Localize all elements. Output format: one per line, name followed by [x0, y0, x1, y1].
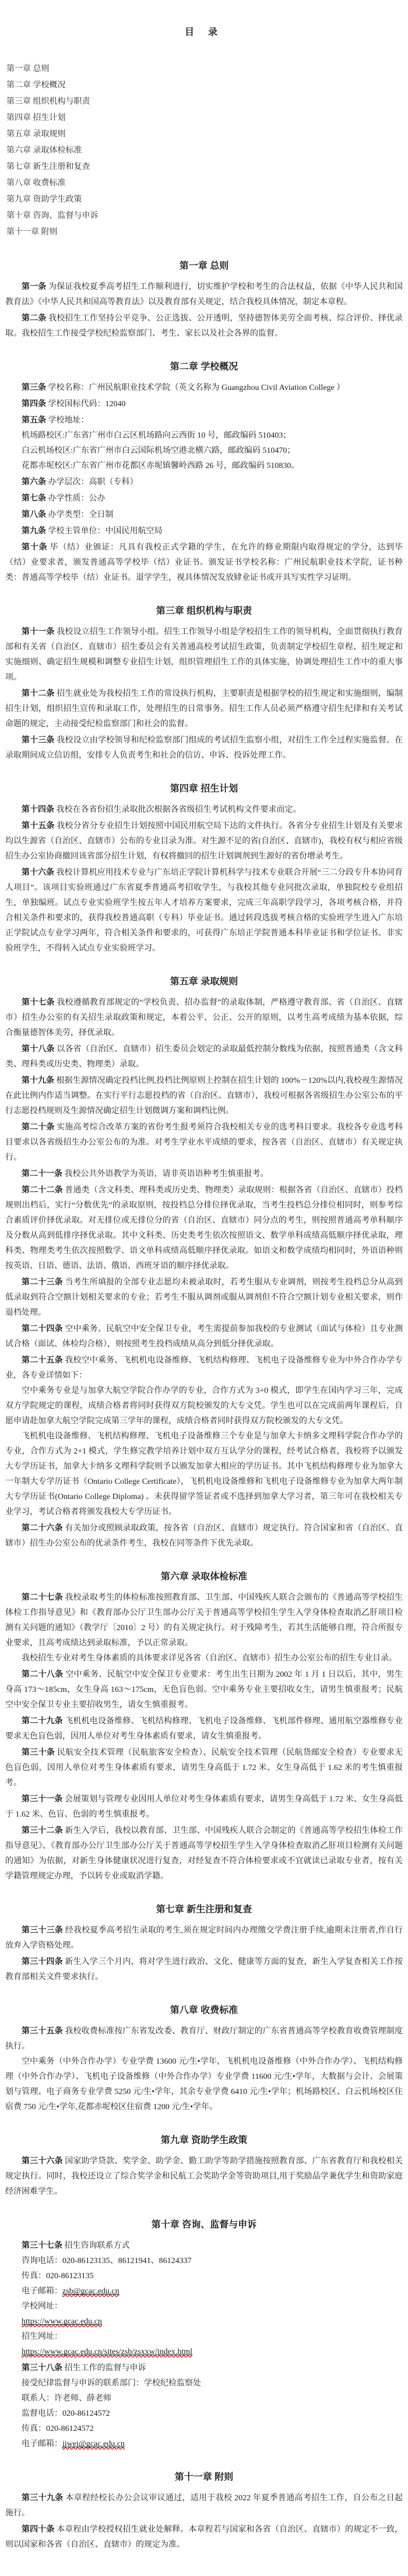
paragraph-text: 毕（结）业颁证：凡具有我校正式学籍的学生，在允许的修业期限内取得规定的学分，达到…	[5, 543, 403, 582]
paragraph-text: 空中乘务专业是与加拿大航空学院合作办学的专业，合作方式为 3+0 模式，即学生在…	[5, 1386, 403, 1426]
paragraph-text: 电子邮箱：	[22, 2287, 62, 2296]
article-number: 第二十二条	[22, 1185, 63, 1194]
paragraph: 第三十三条 经我校夏季高考招生录取的考生,须在规定时间内办理缴交学费注册手续,逾…	[5, 1922, 403, 1954]
document-page: 目 录 第一章 总则第二章 学校概况第三章 组织机构与职责第四章 招生计划第五章…	[0, 0, 408, 2576]
article-number: 第四条	[22, 399, 46, 408]
article-number: 第十一条	[22, 627, 55, 636]
chapter-heading: 第五章 录取规则	[5, 974, 403, 987]
article-number: 第二十七条	[22, 1592, 63, 1602]
paragraph-text: 新生入学后，我校以教育部、卫生部、中国残疾人联合会制定的《普通高等学校招生体检工…	[5, 1827, 403, 1881]
paragraph-text: 招生就业处为我校招生工作的常设执行机构，主要职责是根据学校的招生规定和实施细则，…	[5, 689, 403, 729]
article-number: 第三十八条	[22, 2363, 62, 2372]
toc-item: 第八章 收费标准	[5, 175, 403, 192]
article-number: 第一条	[22, 281, 46, 291]
paragraph: 第十七条 我校遵循教育部规定的“学校负责、招办监督”的录取体制，严格遵守教育部、…	[5, 994, 403, 1041]
paragraph: https://www.gcac.edu.cn/sites/zsb/zsxxw/…	[5, 2345, 403, 2360]
article-number: 第二十一条	[22, 1169, 62, 1178]
paragraph: 第二十二条 普通类（含文科类、理科类或历史类、物理类）录取规则：根据各省（自治区…	[5, 1182, 403, 1274]
hyperlink[interactable]: zsb@gcac.edu.cn	[62, 2287, 119, 2296]
paragraph: 监督电话：020-86124572	[5, 2406, 403, 2422]
paragraph-text: 我校录取考生的体检标准按照教育部、卫生部、中国残疾人联合会颁布的《普通高等学校招…	[5, 1593, 403, 1648]
article-number: 第二十六条	[22, 1523, 63, 1532]
toc-title: 目 录	[5, 24, 403, 38]
chapter-heading: 第八章 收费标准	[5, 2003, 403, 2016]
paragraph: 第三十一条 会展策划与管理专业因用人单位对考生身体素质有要求，请男生身高低于 1…	[5, 1791, 403, 1822]
paragraph: 第七条 办学性质：公办	[5, 490, 403, 506]
paragraph: 第一条 为保证我校夏季高考招生工作顺利进行，切实维护学校和考生的合法权益，依据《…	[5, 279, 403, 310]
toc-item: 第二章 学校概况	[5, 78, 403, 94]
paragraph: 第三十九条 本章程经校长办公会议审议通过，适用于我校 2022 年夏季普通高考招…	[5, 2490, 403, 2521]
paragraph-text: 学校名称：广州民航职业技术学院（英文名称为 Guangzhou Civil Av…	[48, 383, 345, 392]
paragraph-text: 空中乘务、民航空中安全保卫专业要求：考生出生日期为 2002 年 1 月 1 日…	[5, 1670, 403, 1709]
paragraph-text: 咨询电话：020-86123135、86121941、86124337	[22, 2257, 192, 2265]
paragraph: 电子邮箱：zsb@gcac.edu.cn	[5, 2284, 403, 2299]
paragraph: 机场路校区:广东省广州市白云区机场路向云西街 10 号，邮政编码 510403；	[5, 428, 403, 444]
paragraph: 第二十六条 有关加分或照顾录取政策，按各省（自治区、直辖市）规定执行。符合国家和…	[5, 1520, 403, 1551]
chapter-heading: 第二章 学校概况	[5, 359, 403, 372]
hyperlink-text[interactable]: zsb@gcac.edu.cn	[62, 2287, 119, 2296]
paragraph-text: 会展策划与管理专业因用人单位对考生身体素质有要求，请男生身高低于 1.72 米、…	[5, 1795, 403, 1819]
hyperlink[interactable]: https://www.gcac.edu.cn	[22, 2317, 102, 2326]
paragraph-text: 空中乘务、民航空中安全保卫专业，考生需提前参加我校的专业测试（面试与体检）且专业…	[5, 1325, 403, 1349]
paragraph-text: 国家助学贷款、奖学金、助学金、勤工助学等助学措施按照教育部、广东省教育厅和我校相…	[5, 2157, 403, 2196]
paragraph-text: 电子邮箱：	[22, 2440, 62, 2448]
article-number: 第二十九条	[22, 1716, 63, 1725]
paragraph: 第十六条 我校计算机应用技术专业与广东培正学院计算机科学与技术专业联合开展“三二…	[5, 864, 403, 956]
paragraph: 第九条 学校主管单位：中国民用航空局	[5, 523, 403, 539]
article-number: 第六条	[22, 477, 46, 486]
paragraph-text: 办学性质：公办	[48, 494, 105, 503]
hyperlink-text[interactable]: https://www.gcac.edu.cn/sites/zsb/zsxxw/…	[22, 2348, 192, 2356]
paragraph-text: 我校在各省份招生录取批次根据各省级招生考试机构文件要求而定。	[57, 805, 301, 814]
article-number: 第二十三条	[22, 1277, 63, 1286]
paragraph-text: 为保证我校夏季高考招生工作顺利进行，切实维护学校和考生的合法权益，依据《中华人民…	[5, 283, 403, 307]
paragraph-text: 本章程经校长办公会议审议通过，适用于我校 2022 年夏季普通高考招生工作，自公…	[5, 2494, 403, 2518]
paragraph: 电子邮箱：jiwei@gcac.edu.cn	[5, 2437, 403, 2452]
paragraph-text: 空中乘务（中外合作办学）专业学费 13600 元/生•学年，飞机机电设备维修（中…	[5, 2057, 403, 2112]
paragraph-text: 飞机机电设备维修、飞机结构修理、飞机电子设备维修三个专业是与加拿大卡纳多文理科学…	[5, 1432, 403, 1516]
paragraph: 第二十一条 我校公共外语教学为英语，请非英语语种考生慎重报考。	[5, 1166, 403, 1182]
article-number: 第七条	[22, 493, 46, 502]
paragraph: 咨询电话：020-86123135、86121941、86124337	[5, 2254, 403, 2269]
paragraph-text: 普通类（含文科类、理科类或历史类、物理类）录取规则：根据各省（自治区、直辖市）投…	[5, 1186, 403, 1271]
paragraph: 第二十五条 我校空中乘务、飞机机电设备维修、飞机结构修理、飞机电子设备维修专业为…	[5, 1352, 403, 1384]
paragraph-text: 我校计算机应用技术专业与广东培正学院计算机科学与技术专业联合开展“三二分段专升本…	[5, 868, 403, 953]
paragraph-text: 我校招生专业对考生身体素质的具体要求详见各省（自治区、直辖市）招生办公室公布的招…	[22, 1654, 397, 1663]
article-number: 第三十五条	[22, 2026, 63, 2035]
hyperlink[interactable]: jiwei@gcac.edu.cn	[62, 2440, 125, 2448]
paragraph: 第二十八条 空中乘务、民航空中安全保卫专业要求：考生出生日期为 2002 年 1…	[5, 1666, 403, 1713]
paragraph: 第四条 学校国标代码：12040	[5, 396, 403, 412]
article-number: 第二十八条	[22, 1669, 63, 1678]
paragraph: 第四十条 本章程由学校授权招生就业处解释。本章程若与国家和各省（自治区、直辖市）…	[5, 2521, 403, 2553]
paragraph-text: 白云机场校区:广东省广州市白云国际机场空港北横六路，邮政编码 510470；	[22, 446, 295, 455]
chapter-heading: 第四章 招生计划	[5, 781, 403, 794]
paragraph: 空中乘务专业是与加拿大航空学院合作办学的专业，合作方式为 3+0 模式，即学生在…	[5, 1384, 403, 1429]
article-number: 第三十一条	[22, 1794, 62, 1803]
paragraph-text: 接受纪律监督与申诉的联系部门：学校纪检监察处	[22, 2379, 201, 2388]
toc-item: 第十一章 附则	[5, 224, 403, 241]
paragraph-text: 有关加分或照顾录取政策，按各省（自治区、直辖市）规定执行。符合国家和省（自治区、…	[5, 1524, 403, 1548]
chapter-heading: 第六章 录取体检标准	[5, 1569, 403, 1582]
paragraph-text: 民航安全技术管理（民航旅客安全检查）、民航安全技术管理（民航货邮安全检查）专业要…	[5, 1748, 403, 1787]
paragraph: 传真：020-86124572	[5, 2422, 403, 2437]
paragraph: 第六条 办学层次：高职（专科）	[5, 474, 403, 490]
article-number: 第四十条	[22, 2524, 55, 2533]
hyperlink[interactable]: https://www.gcac.edu.cn/sites/zsb/zsxxw/…	[22, 2348, 192, 2356]
paragraph-text: 招生网址：	[22, 2332, 62, 2341]
paragraph: 招生网址：	[5, 2329, 403, 2345]
paragraph-text: 当考生所填报的全部专业志愿均未被录取时，若考生服从专业调剂，则按考生投档总分从高…	[5, 1278, 403, 1317]
table-of-contents: 第一章 总则第二章 学校概况第三章 组织机构与职责第四章 招生计划第五章 录取规…	[5, 61, 403, 241]
article-number: 第十条	[22, 542, 47, 551]
paragraph-text: 学校地址：	[48, 416, 89, 425]
article-number: 第十六条	[22, 867, 54, 877]
paragraph: 第二十四条 空中乘务、民航空中安全保卫专业，考生需提前参加我校的专业测试（面试与…	[5, 1321, 403, 1352]
paragraph-text: 我校公共外语教学为英语，请非英语语种考生慎重报考。	[65, 1170, 269, 1178]
paragraph-text: 学校网址：	[22, 2302, 62, 2311]
article-number: 第三十条	[22, 1747, 55, 1757]
paragraph-text: 飞机机电设备维修、飞机结构修理、飞机电子设备维修、飞机部件修理、通用航空器维修专…	[5, 1717, 403, 1741]
chapter-heading: 第十章 咨询、监督与申诉	[5, 2217, 403, 2230]
article-number: 第三条	[22, 382, 46, 392]
paragraph: 第三十七条 招生咨询联系方式	[5, 2237, 403, 2254]
paragraph-text: 花都赤坭校区:广东省广州市花都区赤坭镇馨岭西路 26 号，邮政编码 510830…	[22, 462, 299, 470]
article-number: 第二十四条	[22, 1324, 63, 1333]
paragraph-text: 办学类型：全日制	[48, 511, 114, 519]
paragraph: 第十条 毕（结）业颁证：凡具有我校正式学籍的学生，在允许的修业期限内取得规定的学…	[5, 539, 403, 586]
paragraph: 第十八条 以各省（自治区、直辖市）招生委员会划定的录取最低控制分数线为依据，按照…	[5, 1041, 403, 1072]
hyperlink-text[interactable]: https://www.gcac.edu.cn	[22, 2317, 102, 2326]
paragraph: 第三十六条 国家助学贷款、奖学金、助学金、勤工助学等助学措施按照教育部、广东省教…	[5, 2153, 403, 2200]
paragraph: 第十一条 我校设立招生工作领导小组。招生工作领导小组是学校招生工作的领导机构，全…	[5, 624, 403, 685]
paragraph: 传真：020-86123135	[5, 2269, 403, 2284]
chapter-heading: 第十一章 附则	[5, 2469, 403, 2483]
document-body: 第一章 总则第一条 为保证我校夏季高考招生工作顺利进行，切实维护学校和考生的合法…	[5, 258, 403, 2553]
chapter-heading: 第三章 组织机构与职责	[5, 603, 403, 617]
toc-item: 第五章 录取规则	[5, 126, 403, 143]
paragraph: 学校网址：	[5, 2299, 403, 2314]
paragraph: 第三十条 民航安全技术管理（民航旅客安全检查）、民航安全技术管理（民航货邮安全检…	[5, 1744, 403, 1791]
paragraph: 第十九条 根据生源情况确定投档比例,投档比例原则上控制在招生计划的 100%－1…	[5, 1072, 403, 1119]
paragraph: https://www.gcac.edu.cn	[5, 2314, 403, 2329]
toc-item: 第九章 资助学生政策	[5, 192, 403, 208]
paragraph: 空中乘务（中外合作办学）专业学费 13600 元/生•学年，飞机机电设备维修（中…	[5, 2054, 403, 2115]
article-number: 第二十五条	[22, 1355, 63, 1364]
article-number: 第二条	[22, 313, 46, 322]
article-number: 第十四条	[22, 804, 54, 814]
article-number: 第三十四条	[22, 1956, 63, 1966]
toc-item: 第一章 总则	[5, 61, 403, 78]
paragraph: 第十五条 我校分省分专业招生计划按照中国民用航空局下达的文件执行。各省分专业招生…	[5, 818, 403, 864]
paragraph-text: 监督电话：020-86124572	[22, 2409, 110, 2418]
paragraph-text: 我校遵循教育部规定的“学校负责、招办监督”的录取体制，严格遵守教育部、省（自治区…	[5, 998, 403, 1037]
paragraph: 第三条 学校名称：广州民航职业技术学院（英文名称为 Guangzhou Civi…	[5, 379, 403, 396]
paragraph-text: 我校招生工作坚持公平竞争、公正选拔、公开透明，坚持德智体美劳全面考核、综合评价、…	[5, 314, 403, 338]
article-number: 第三十九条	[22, 2493, 64, 2502]
paragraph: 第十四条 我校在各省份招生录取批次根据各省级招生考试机构文件要求而定。	[5, 801, 403, 818]
chapter-heading: 第一章 总则	[5, 258, 403, 272]
chapter-heading: 第七章 新生注册和复查	[5, 1902, 403, 1915]
paragraph-text: 我校设立由学校领导和纪检监察部门组成的考试招生监察小组，对招生工作全过程实施监督…	[5, 736, 403, 760]
paragraph: 第五条 学校地址：	[5, 412, 403, 428]
article-number: 第三十三条	[22, 1925, 63, 1934]
paragraph: 第十三条 我校设立由学校领导和纪检监察部门组成的考试招生监察小组，对招生工作全过…	[5, 732, 403, 763]
paragraph: 第三十五条 我校收费标准按广东省发改委、教育厅、财政厅制定的广东省普通高等学校教…	[5, 2023, 403, 2054]
paragraph: 第三十二条 新生入学后，我校以教育部、卫生部、中国残疾人联合会制定的《普通高等学…	[5, 1822, 403, 1884]
article-number: 第十三条	[22, 735, 55, 744]
paragraph-text: 招生咨询联系方式	[65, 2241, 130, 2250]
paragraph: 第二十条 实施高考综合改革方案的省份考生报考须符合我校相关专业的选考科目要求。我…	[5, 1119, 403, 1166]
paragraph-text: 机场路校区:广东省广州市白云区机场路向云西街 10 号，邮政编码 510403；	[22, 431, 291, 440]
paragraph: 接受纪律监督与申诉的联系部门：学校纪检监察处	[5, 2376, 403, 2391]
paragraph-text: 我校空中乘务、飞机机电设备维修、飞机结构修理、飞机电子设备维修专业为中外合作办学…	[5, 1356, 403, 1380]
toc-item: 第十章 咨询、监督与申诉	[5, 208, 403, 224]
article-number: 第三十六条	[22, 2156, 63, 2165]
paragraph-text: 我校收费标准按广东省发改委、教育厅、财政厅制定的广东省普通高等学校教育收费管理制…	[5, 2027, 403, 2051]
toc-item: 第三章 组织机构与职责	[5, 94, 403, 110]
article-number: 第二十条	[22, 1122, 55, 1131]
paragraph-text: 传真：020-86124572	[22, 2424, 94, 2433]
article-number: 第三十二条	[22, 1825, 63, 1835]
paragraph-text: 经我校夏季高考招生录取的考生,须在规定时间内办理缴交学费注册手续,逾期未注册者,…	[5, 1926, 403, 1950]
paragraph: 我校招生专业对考生身体素质的具体要求详见各省（自治区、直辖市）招生办公室公布的招…	[5, 1651, 403, 1666]
chapter-heading: 第九章 资助学生政策	[5, 2132, 403, 2146]
hyperlink-text[interactable]: jiwei@gcac.edu.cn	[62, 2440, 125, 2448]
paragraph-text: 我校设立招生工作领导小组。招生工作领导小组是学校招生工作的领导机构，全面贯彻执行…	[5, 628, 403, 682]
paragraph: 白云机场校区:广东省广州市白云国际机场空港北横六路，邮政编码 510470；	[5, 444, 403, 459]
paragraph-text: 本章程由学校授权招生就业处解释。本章程若与国家和各省（自治区、直辖市）的规定不一…	[5, 2525, 403, 2549]
article-number: 第九条	[22, 526, 46, 535]
paragraph-text: 传真：020-86123135	[22, 2272, 94, 2281]
paragraph-text: 招生工作的监督与申诉	[65, 2364, 146, 2373]
paragraph-text: 实施高考综合改革方案的省份考生报考须符合我校相关专业的选考科目要求。我校各专业选…	[5, 1123, 403, 1162]
paragraph-text: 以各省（自治区、直辖市）招生委员会划定的录取最低控制分数线为依据，按照普通类（含…	[5, 1045, 403, 1069]
article-number: 第十七条	[22, 997, 55, 1007]
article-number: 第三十七条	[22, 2240, 62, 2250]
article-number: 第五条	[22, 415, 46, 424]
paragraph: 第八条 办学类型：全日制	[5, 506, 403, 523]
paragraph: 飞机机电设备维修、飞机结构修理、飞机电子设备维修三个专业是与加拿大卡纳多文理科学…	[5, 1429, 403, 1520]
article-number: 第十九条	[22, 1075, 54, 1085]
paragraph-text: 联系人：许老师、薛老师	[22, 2394, 111, 2403]
toc-item: 第四章 招生计划	[5, 110, 403, 126]
paragraph-text: 我校分省分专业招生计划按照中国民用航空局下达的文件执行。各省分专业招生计划及有关…	[5, 822, 403, 861]
paragraph: 第三十八条 招生工作的监督与申诉	[5, 2360, 403, 2376]
paragraph: 第二十七条 我校录取考生的体检标准按照教育部、卫生部、中国残疾人联合会颁布的《普…	[5, 1589, 403, 1651]
paragraph-text: 学校国标代码：12040	[48, 400, 126, 409]
paragraph: 第二十三条 当考生所填报的全部专业志愿均未被录取时，若考生服从专业调剂，则按考生…	[5, 1274, 403, 1321]
paragraph-text: 学校主管单位：中国民用航空局	[48, 527, 163, 536]
paragraph: 第二十九条 飞机机电设备维修、飞机结构修理、飞机电子设备维修、飞机部件修理、通用…	[5, 1713, 403, 1744]
paragraph-text: 办学层次：高职（专科）	[48, 478, 138, 487]
article-number: 第十八条	[22, 1044, 55, 1053]
paragraph: 花都赤坭校区:广东省广州市花都区赤坭镇馨岭西路 26 号，邮政编码 510830…	[5, 459, 403, 474]
paragraph-text: 新生入学三个月内，将对学生进行政治、文化、健康等方面的复查，新生入学复查相关工作…	[5, 1958, 403, 1982]
paragraph: 联系人：许老师、薛老师	[5, 2391, 403, 2406]
paragraph: 第十二条 招生就业处为我校招生工作的常设执行机构，主要职责是根据学校的招生规定和…	[5, 685, 403, 732]
toc-item: 第六章 录取体检标准	[5, 143, 403, 159]
toc-item: 第七章 新生注册和复查	[5, 159, 403, 175]
article-number: 第十二条	[22, 688, 55, 698]
paragraph: 第三十四条 新生入学三个月内，将对学生进行政治、文化、健康等方面的复查，新生入学…	[5, 1954, 403, 1985]
article-number: 第十五条	[22, 821, 55, 830]
paragraph: 第二条 我校招生工作坚持公平竞争、公正选拔、公开透明，坚持德智体美劳全面考核、综…	[5, 310, 403, 342]
article-number: 第八条	[22, 509, 46, 519]
paragraph-text: 根据生源情况确定投档比例,投档比例原则上控制在招生计划的 100%－120%以内…	[5, 1076, 403, 1115]
